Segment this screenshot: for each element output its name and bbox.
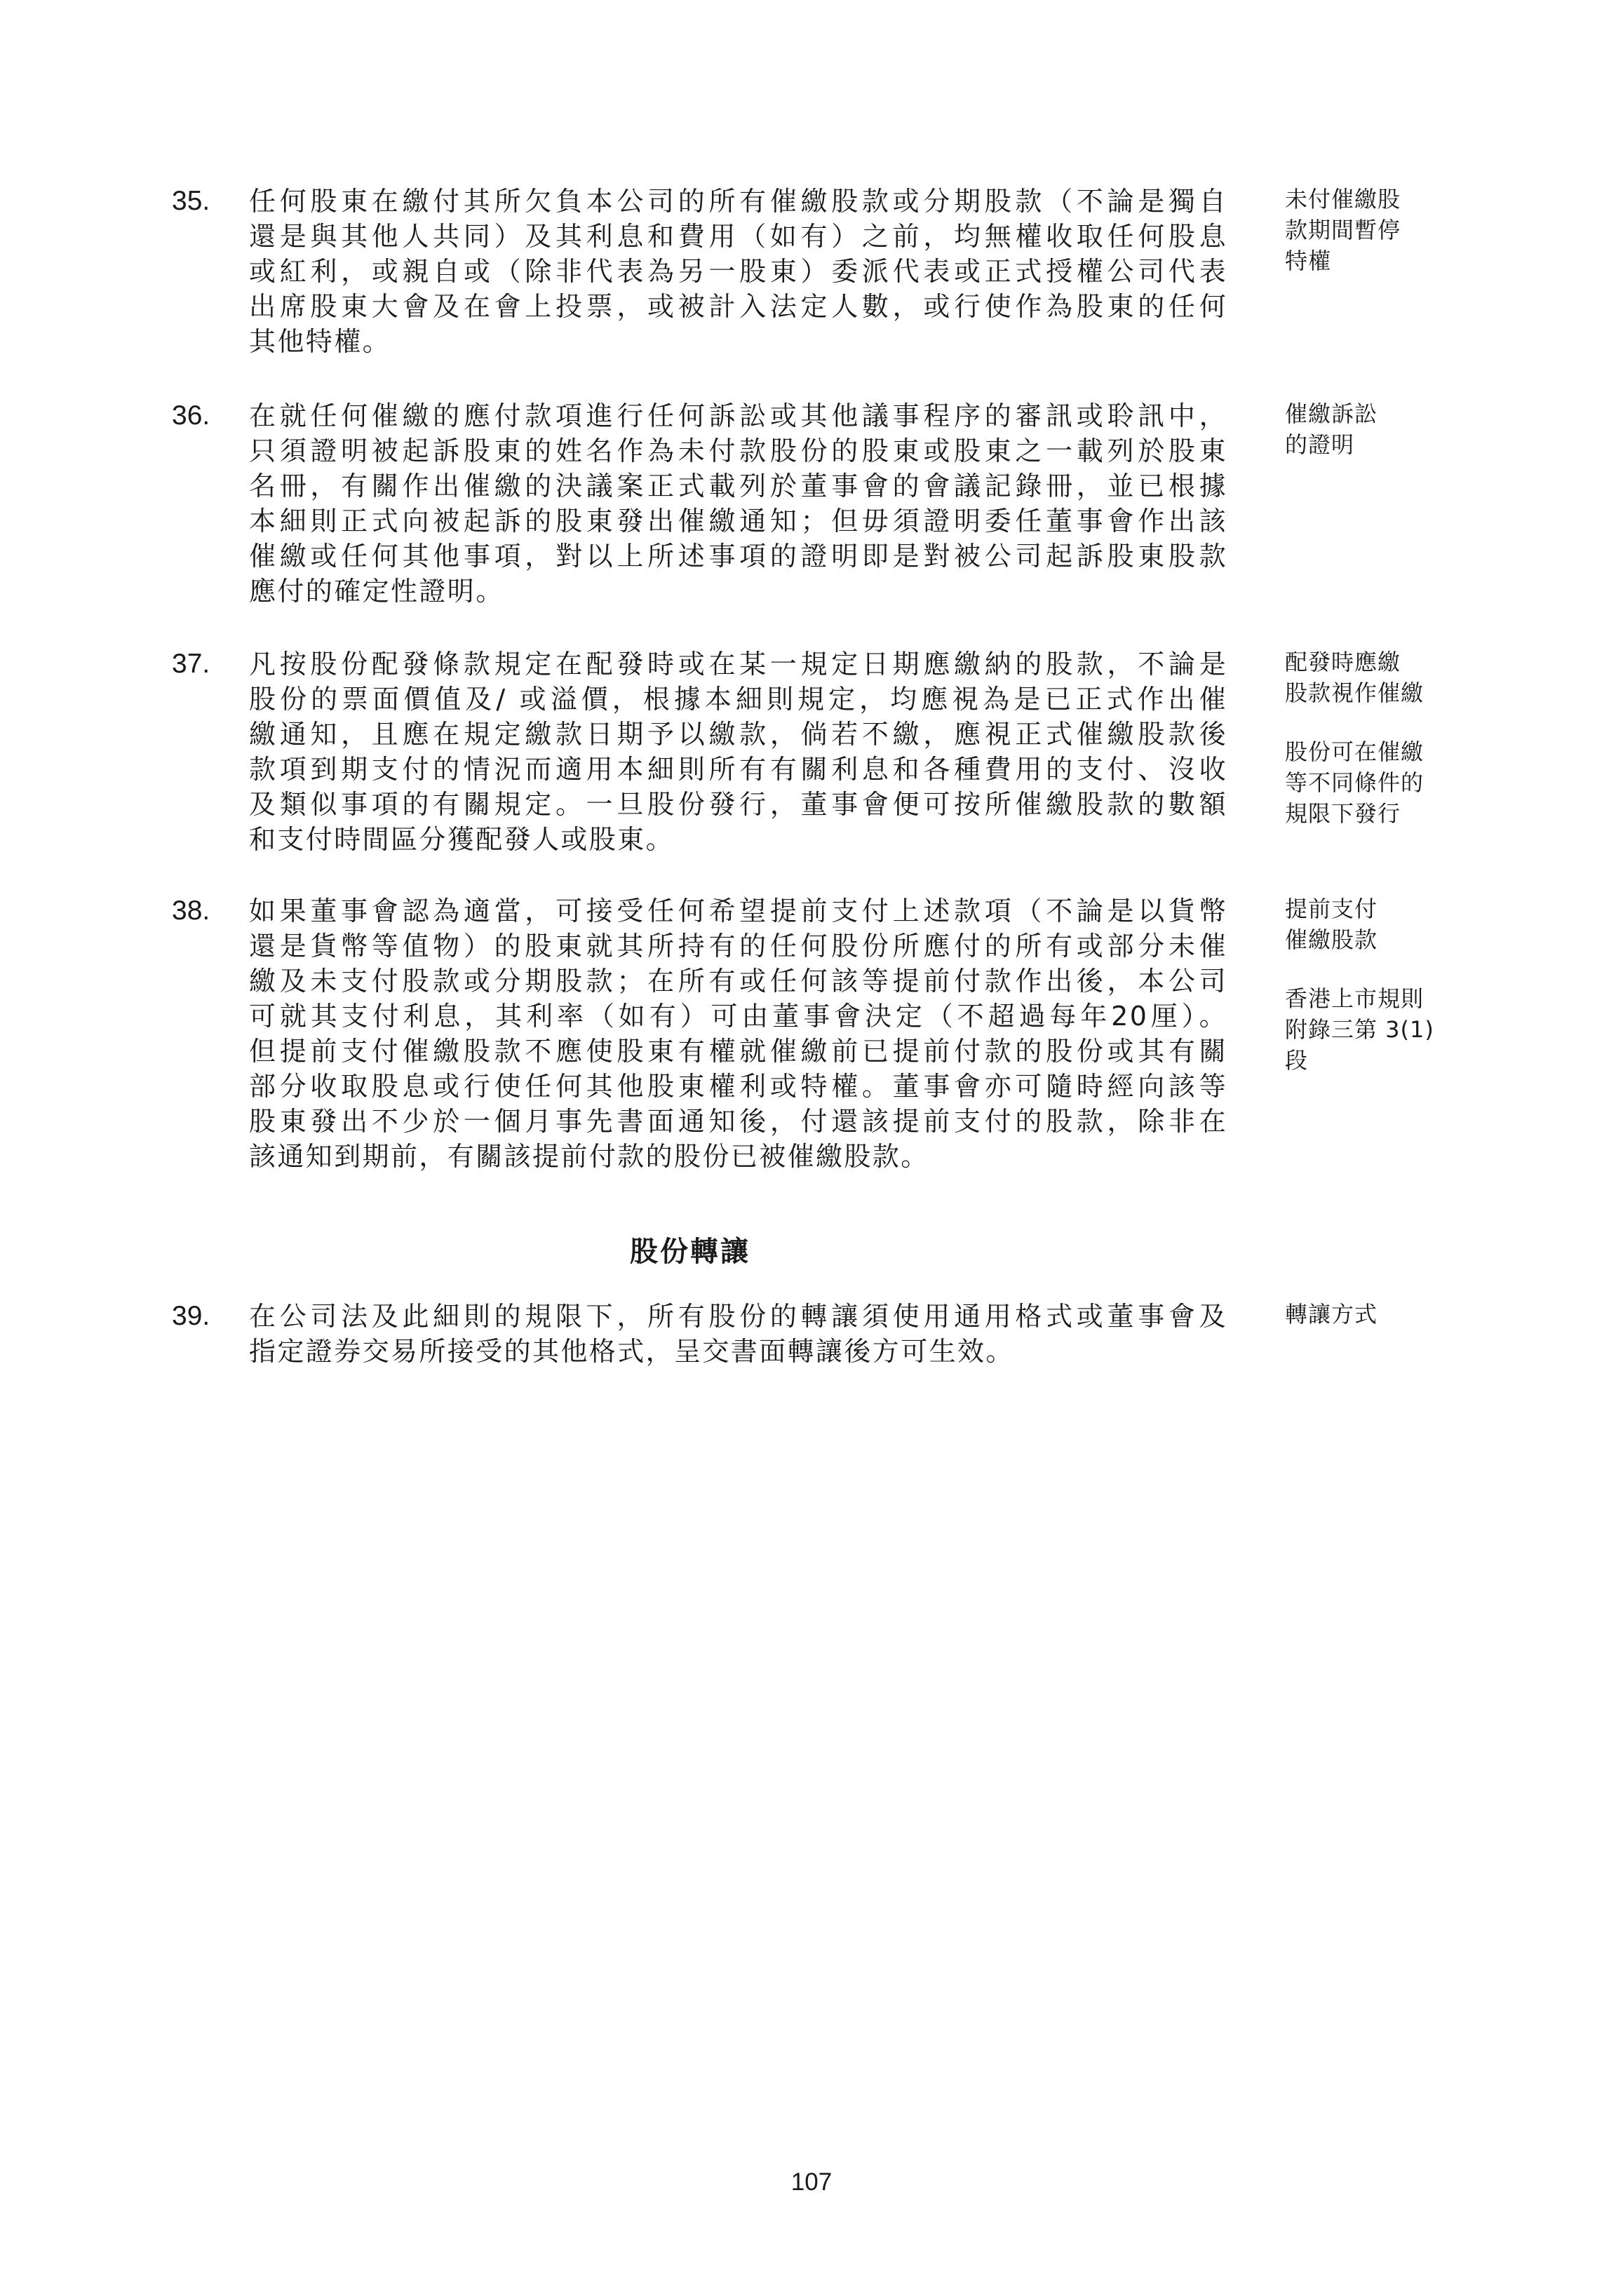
- margin-notes: 轉讓方式: [1285, 1299, 1460, 1358]
- body-line: 股份的票面價值及/ 或溢價，根據本細則規定，均應視為是已正式作出催: [249, 682, 1227, 717]
- article-number: 35.: [172, 184, 210, 219]
- body-line: 可就其支付利息，其利率（如有）可由董事會決定（不超過每年20厘）。: [249, 999, 1227, 1034]
- margin-note-line: 段: [1285, 1045, 1460, 1076]
- margin-note: 轉讓方式: [1285, 1299, 1460, 1330]
- body-line: 該通知到期前，有關該提前付款的股份已被催繳股款。: [249, 1139, 1227, 1174]
- margin-note: 香港上市規則 附錄三第 3(1) 段: [1285, 983, 1460, 1076]
- section-heading: 股份轉讓: [630, 1234, 750, 1269]
- margin-note-line: 轉讓方式: [1285, 1299, 1460, 1330]
- body-line: 如果董事會認為適當，可接受任何希望提前支付上述款項（不論是以貨幣: [249, 893, 1227, 928]
- margin-note-line: 附錄三第 3(1): [1285, 1014, 1460, 1045]
- margin-note-line: 的證明: [1285, 429, 1460, 460]
- body-line: 出席股東大會及在會上投票，或被計入法定人數，或行使作為股東的任何: [249, 289, 1227, 324]
- body-line: 應付的確定性證明。: [249, 574, 1227, 609]
- article-number: 36.: [172, 398, 210, 433]
- body-line: 任何股東在繳付其所欠負本公司的所有催繳股款或分期股款（不論是獨自: [249, 184, 1227, 219]
- body-line: 股東發出不少於一個月事先書面通知後，付還該提前支付的股款，除非在: [249, 1104, 1227, 1139]
- body-line: 只須證明被起訴股東的姓名作為未付款股份的股東或股東之一載列於股東: [249, 433, 1227, 468]
- article-body: 凡按股份配發條款規定在配發時或在某一規定日期應繳納的股款，不論是 股份的票面價值…: [249, 647, 1227, 857]
- page-number: 107: [0, 2167, 1623, 2198]
- margin-notes: 催繳訴訟 的證明: [1285, 398, 1460, 488]
- margin-note-line: 未付催繳股: [1285, 184, 1460, 215]
- margin-note-line: 款期間暫停: [1285, 215, 1460, 245]
- article-number: 38.: [172, 893, 210, 928]
- article-body: 如果董事會認為適當，可接受任何希望提前支付上述款項（不論是以貨幣 還是貨幣等值物…: [249, 893, 1227, 1174]
- margin-note-line: 特權: [1285, 245, 1460, 276]
- body-line: 及類似事項的有關規定。一旦股份發行，董事會便可按所催繳股款的數額: [249, 787, 1227, 822]
- margin-notes: 配發時應繳 股款視作催繳 股份可在催繳 等不同條件的 規限下發行: [1285, 647, 1460, 857]
- margin-note-line: 配發時應繳: [1285, 647, 1460, 677]
- margin-notes: 提前支付 催繳股款 香港上市規則 附錄三第 3(1) 段: [1285, 893, 1460, 1104]
- body-line: 還是與其他人共同）及其利息和費用（如有）之前，均無權收取任何股息: [249, 219, 1227, 254]
- article-body: 在就任何催繳的應付款項進行任何訴訟或其他議事程序的審訊或聆訊中， 只須證明被起訴…: [249, 398, 1227, 609]
- body-line: 名冊，有關作出催繳的決議案正式載列於董事會的會議記錄冊，並已根據: [249, 468, 1227, 504]
- body-line: 部分收取股息或行使任何其他股東權利或特權。董事會亦可隨時經向該等: [249, 1069, 1227, 1104]
- body-line: 指定證券交易所接受的其他格式，呈交書面轉讓後方可生效。: [249, 1334, 1227, 1369]
- margin-note: 股份可在催繳 等不同條件的 規限下發行: [1285, 736, 1460, 829]
- article-number: 37.: [172, 647, 210, 682]
- body-line: 催繳或任何其他事項，對以上所述事項的證明即是對被公司起訴股東股款: [249, 539, 1227, 574]
- body-line: 在就任何催繳的應付款項進行任何訴訟或其他議事程序的審訊或聆訊中，: [249, 398, 1227, 433]
- body-line: 還是貨幣等值物）的股東就其所持有的任何股份所應付的所有或部分未催: [249, 928, 1227, 964]
- document-page: 35. 任何股東在繳付其所欠負本公司的所有催繳股款或分期股款（不論是獨自 還是與…: [0, 0, 1623, 2296]
- body-line: 其他特權。: [249, 324, 1227, 359]
- article-body: 在公司法及此細則的規限下，所有股份的轉讓須使用通用格式或董事會及 指定證券交易所…: [249, 1299, 1227, 1369]
- margin-note-line: 香港上市規則: [1285, 983, 1460, 1014]
- margin-note-line: 催繳訴訟: [1285, 398, 1460, 429]
- margin-note: 未付催繳股 款期間暫停 特權: [1285, 184, 1460, 276]
- margin-note-line: 催繳股款: [1285, 924, 1460, 955]
- body-line: 繳通知，且應在規定繳款日期予以繳款，倘若不繳，應視正式催繳股款後: [249, 717, 1227, 752]
- article-body: 任何股東在繳付其所欠負本公司的所有催繳股款或分期股款（不論是獨自 還是與其他人共…: [249, 184, 1227, 359]
- body-line: 凡按股份配發條款規定在配發時或在某一規定日期應繳納的股款，不論是: [249, 647, 1227, 682]
- margin-note-line: 提前支付: [1285, 893, 1460, 924]
- body-line: 本細則正式向被起訴的股東發出催繳通知；但毋須證明委任董事會作出該: [249, 504, 1227, 539]
- body-line: 和支付時間區分獲配發人或股東。: [249, 822, 1227, 857]
- margin-note-line: 等不同條件的: [1285, 767, 1460, 798]
- body-line: 款項到期支付的情況而適用本細則所有有關利息和各種費用的支付、沒收: [249, 752, 1227, 787]
- margin-note: 催繳訴訟 的證明: [1285, 398, 1460, 460]
- margin-notes: 未付催繳股 款期間暫停 特權: [1285, 184, 1460, 304]
- margin-note-line: 股款視作催繳: [1285, 677, 1460, 708]
- body-line: 或紅利，或親自或（除非代表為另一股東）委派代表或正式授權公司代表: [249, 254, 1227, 289]
- body-line: 繳及未支付股款或分期股款；在所有或任何該等提前付款作出後，本公司: [249, 964, 1227, 999]
- margin-note: 提前支付 催繳股款: [1285, 893, 1460, 955]
- margin-note-line: 規限下發行: [1285, 798, 1460, 829]
- body-line: 在公司法及此細則的規限下，所有股份的轉讓須使用通用格式或董事會及: [249, 1299, 1227, 1334]
- margin-note: 配發時應繳 股款視作催繳: [1285, 647, 1460, 708]
- body-line: 但提前支付催繳股款不應使股東有權就催繳前已提前付款的股份或其有關: [249, 1034, 1227, 1069]
- margin-note-line: 股份可在催繳: [1285, 736, 1460, 767]
- article-number: 39.: [172, 1299, 210, 1334]
